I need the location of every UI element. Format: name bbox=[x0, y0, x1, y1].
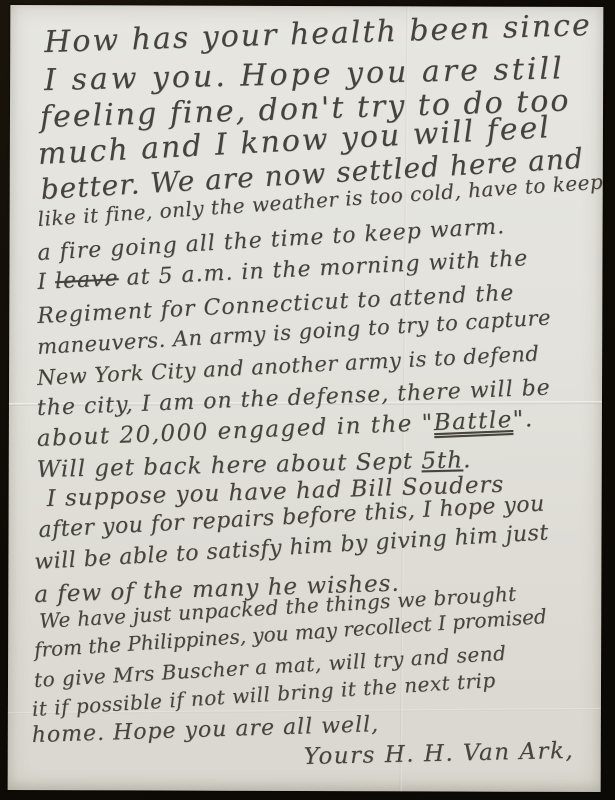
manuscript-mark-underline-double: Battle bbox=[433, 407, 513, 436]
manuscript-mark-underline: 5th bbox=[421, 447, 463, 474]
letter-paper: How has your health been sinceI saw you.… bbox=[8, 5, 604, 792]
letter-line: Yours H. H. Van Ark, bbox=[303, 738, 574, 770]
letter-lines: How has your health been sinceI saw you.… bbox=[8, 5, 604, 792]
manuscript-mark-strike: leave bbox=[54, 266, 119, 294]
